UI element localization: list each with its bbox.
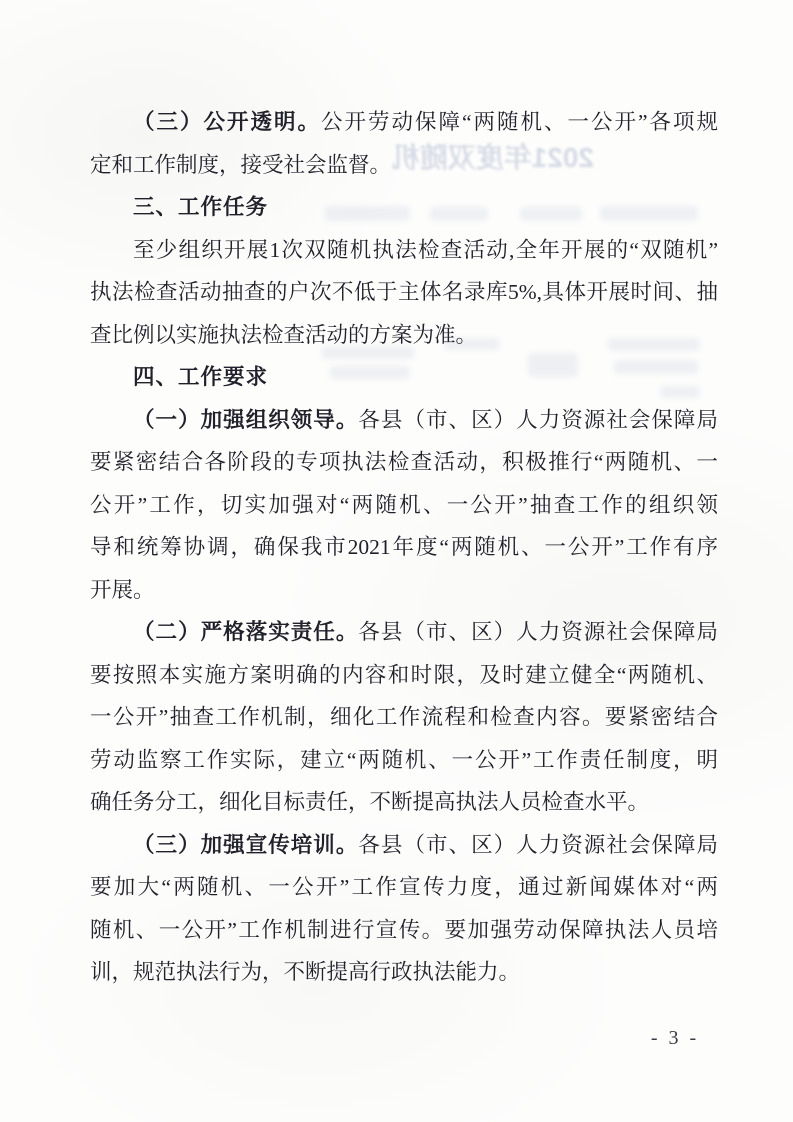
text-segment: 要紧密结合各阶段的专项执法检查活动，积极推行“两随机、一 <box>90 450 718 474</box>
text-line: 劳动监察工作实际，建立“两随机、一公开”工作责任制度，明 <box>90 739 718 782</box>
text-segment: 公开劳动保障“两随机、一公开”各项规 <box>321 110 718 134</box>
text-segment: 定和工作制度，接受社会监督。 <box>90 153 391 177</box>
document-body: （三）公开透明。公开劳动保障“两随机、一公开”各项规定和工作制度，接受社会监督。… <box>90 101 718 994</box>
text-line: （三）加强宣传培训。各县（市、区）人力资源社会保障局 <box>90 824 718 867</box>
text-segment: 导和统筹协调，确保我市2021年度“两随机、一公开”工作有序 <box>90 535 718 559</box>
text-line: 导和统筹协调，确保我市2021年度“两随机、一公开”工作有序 <box>90 526 718 569</box>
bold-text-segment: （二）严格落实责任。 <box>133 620 358 644</box>
text-segment: 公开”工作，切实加强对“两随机、一公开”抽查工作的组织领 <box>90 493 718 517</box>
text-segment: 劳动监察工作实际，建立“两随机、一公开”工作责任制度，明 <box>90 748 718 772</box>
text-segment: 开展。 <box>90 578 155 602</box>
text-segment: 至少组织开展1次双随机执法检查活动,全年开展的“双随机” <box>133 238 718 262</box>
text-segment: 要加大“两随机、一公开”工作宣传力度，通过新闻媒体对“两 <box>90 875 718 899</box>
text-line: 要按照本实施方案明确的内容和时限，及时建立健全“两随机、 <box>90 654 718 697</box>
text-line: 确任务分工，细化目标责任，不断提高执法人员检查水平。 <box>90 781 718 824</box>
text-segment: 执法检查活动抽查的户次不低于主体名录库5%,具体开展时间、抽 <box>90 280 718 304</box>
text-line: 至少组织开展1次双随机执法检查活动,全年开展的“双随机” <box>90 229 718 272</box>
text-line: 公开”工作，切实加强对“两随机、一公开”抽查工作的组织领 <box>90 484 718 527</box>
text-line: 要加大“两随机、一公开”工作宣传力度，通过新闻媒体对“两 <box>90 866 718 909</box>
section-heading: 四、工作要求 <box>90 356 718 399</box>
text-segment: 各县（市、区）人力资源社会保障局 <box>358 620 718 644</box>
text-line: 一公开”抽查工作机制，细化工作流程和检查内容。要紧密结合 <box>90 696 718 739</box>
document-page: 2021年度双随机 （三）公开透明。公开劳动保障“两随机、一公开”各项规定和工作… <box>0 0 793 1122</box>
text-line: 查比例以实施执法检查活动的方案为准。 <box>90 314 718 357</box>
text-line: 训，规范执法行为，不断提高行政执法能力。 <box>90 951 718 994</box>
bold-text-segment: （三）加强宣传培训。 <box>133 833 358 857</box>
text-segment: 要按照本实施方案明确的内容和时限，及时建立健全“两随机、 <box>90 663 718 687</box>
text-line: 要紧密结合各阶段的专项执法检查活动，积极推行“两随机、一 <box>90 441 718 484</box>
text-segment: 查比例以实施执法检查活动的方案为准。 <box>90 323 477 347</box>
text-line: 随机、一公开”工作机制进行宣传。要加强劳动保障执法人员培 <box>90 909 718 952</box>
text-segment: 各县（市、区）人力资源社会保障局 <box>358 408 718 432</box>
text-segment: 随机、一公开”工作机制进行宣传。要加强劳动保障执法人员培 <box>90 918 718 942</box>
page-number: - 3 - <box>633 1025 717 1051</box>
text-line: 定和工作制度，接受社会监督。 <box>90 144 718 187</box>
text-segment: 一公开”抽查工作机制，细化工作流程和检查内容。要紧密结合 <box>90 705 718 729</box>
text-segment: 训，规范执法行为，不断提高行政执法能力。 <box>90 960 520 984</box>
text-line: （二）严格落实责任。各县（市、区）人力资源社会保障局 <box>90 611 718 654</box>
bold-text-segment: 四、工作要求 <box>133 365 268 389</box>
bold-text-segment: （一）加强组织领导。 <box>133 408 358 432</box>
bold-text-segment: 三、工作任务 <box>133 195 268 219</box>
text-segment: 确任务分工，细化目标责任，不断提高执法人员检查水平。 <box>90 790 649 814</box>
bold-text-segment: （三）公开透明。 <box>133 110 321 134</box>
text-line: 开展。 <box>90 569 718 612</box>
text-line: 执法检查活动抽查的户次不低于主体名录库5%,具体开展时间、抽 <box>90 271 718 314</box>
text-line: （一）加强组织领导。各县（市、区）人力资源社会保障局 <box>90 399 718 442</box>
text-line: （三）公开透明。公开劳动保障“两随机、一公开”各项规 <box>90 101 718 144</box>
text-segment: 各县（市、区）人力资源社会保障局 <box>358 833 718 857</box>
section-heading: 三、工作任务 <box>90 186 718 229</box>
